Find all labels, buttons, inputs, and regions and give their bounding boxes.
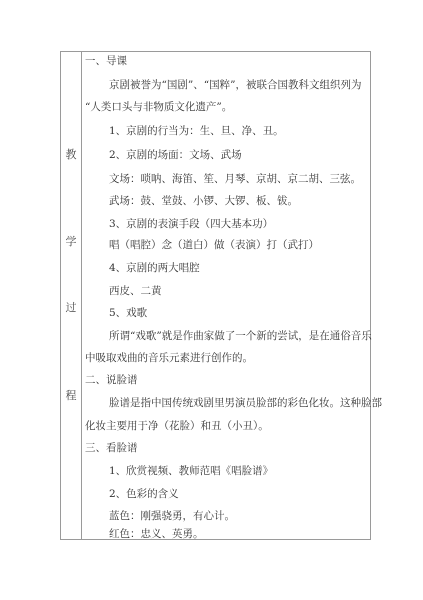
section-heading-intro: 一、导课 — [85, 54, 127, 68]
list-item: 3、京剧的表演手段（四大基本功） — [109, 217, 273, 231]
paragraph-line: 红色：忠义、英勇。 — [109, 527, 204, 541]
lesson-table: 教 学 过 程 一、导课 京剧被誉为“国剧”、“国粹”，被联合国教科文组织列为 … — [60, 51, 371, 540]
paragraph-line: 化妆主要用于净（花脸）和丑（小丑）。 — [85, 419, 269, 433]
paragraph-line: 脸谱是指中国传统戏剧里男演员脸部的彩色化妆。这种脸部 — [109, 396, 382, 410]
list-item: 2、京剧的场面：文场、武场 — [109, 148, 242, 162]
paragraph-line: “人类口头与非物质文化遗产”。 — [85, 100, 232, 114]
list-item: 1、欣赏视频、教师范唱《唱脸谱》 — [109, 464, 273, 478]
paragraph-line: 文场：唢呐、海笛、笙、月琴、京胡、京二胡、三弦。 — [109, 172, 361, 186]
list-item: 4、京剧的两大唱腔 — [109, 261, 200, 275]
side-label-char: 教 — [61, 148, 81, 162]
paragraph-line: 蓝色：刚强骁勇，有心计。 — [109, 509, 235, 523]
paragraph-line: 西皮、二黄 — [109, 284, 162, 298]
paragraph-line: 京剧被誉为“国剧”、“国粹”，被联合国教科文组织列为 — [109, 78, 361, 92]
side-label-char: 学 — [61, 235, 81, 249]
column-divider — [81, 52, 82, 539]
side-label-char: 过 — [61, 301, 81, 315]
paragraph-line: 所谓“戏歌”就是作曲家做了一个新的尝试，是在通俗音乐 — [109, 329, 372, 343]
list-item: 5、戏歌 — [109, 306, 147, 320]
list-item: 1、京剧的行当为：生、旦、净、丑。 — [109, 124, 284, 138]
paragraph-line: 中吸取戏曲的音乐元素进行创作的。 — [85, 351, 253, 365]
section-heading-view-makeup: 三、看脸谱 — [85, 441, 138, 455]
paragraph-line: 武场：鼓、堂鼓、小锣、大锣、板、钹。 — [109, 194, 298, 208]
section-heading-facial-makeup: 二、说脸谱 — [85, 373, 138, 387]
list-item: 2、色彩的含义 — [109, 487, 179, 501]
side-label-char: 程 — [61, 389, 81, 403]
paragraph-line: 唱（唱腔）念（道白）做（表演）打（武打） — [109, 238, 319, 252]
